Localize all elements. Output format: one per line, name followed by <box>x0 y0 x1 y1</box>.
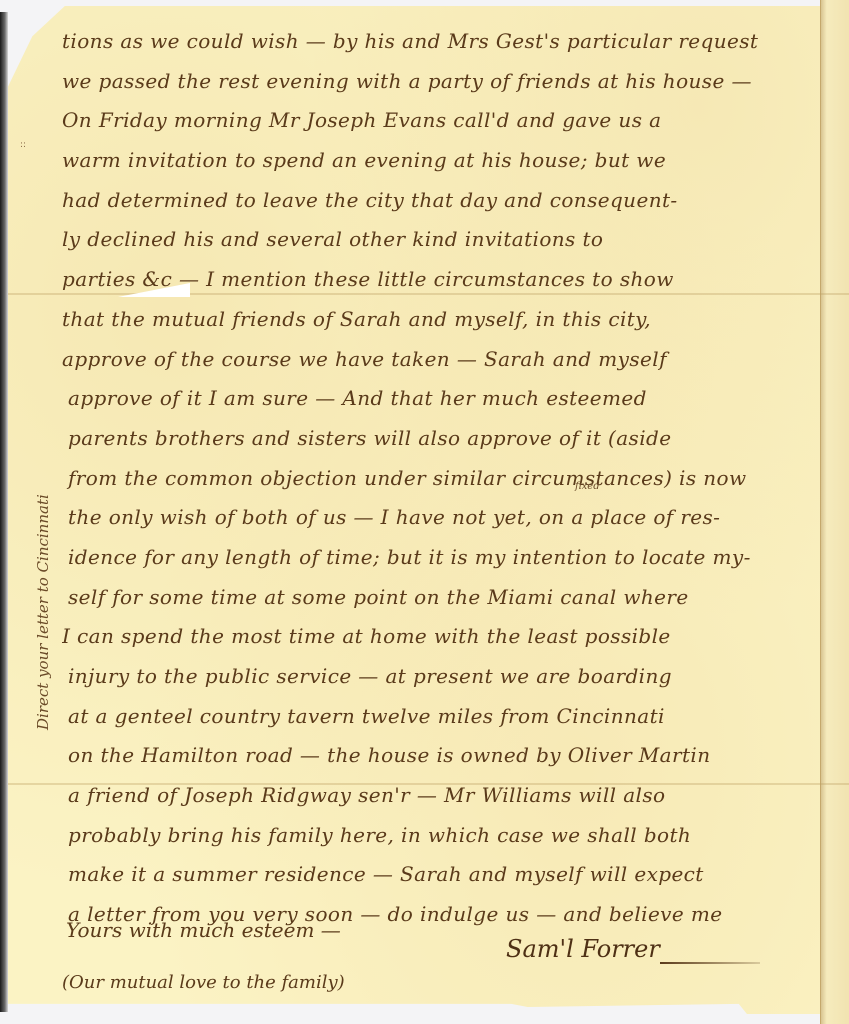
letter-line: from the common objection under similar … <box>62 459 820 499</box>
letter-line: we passed the rest evening with a party … <box>62 62 820 102</box>
letter-line: On Friday morning Mr Joseph Evans call'd… <box>62 101 820 141</box>
letter-line: the only wish of both of us — I have not… <box>62 498 820 538</box>
letter-line: idence for any length of time; but it is… <box>62 538 820 578</box>
signature-flourish <box>660 962 760 964</box>
signature: Sam'l Forrer <box>506 935 660 963</box>
scan-left-edge-shadow <box>0 12 8 1012</box>
letter-line: parties &c — I mention these little circ… <box>62 260 820 300</box>
letter-line: ly declined his and several other kind i… <box>62 220 820 260</box>
letter-line: warm invitation to spend an evening at h… <box>62 141 820 181</box>
letter-line: I can spend the most time at home with t… <box>62 617 820 657</box>
letter-line: approve of the course we have taken — Sa… <box>62 340 820 380</box>
margin-mark: :: <box>20 140 26 150</box>
letter-line: probably bring his family here, in which… <box>62 816 820 856</box>
letter-line: make it a summer residence — Sarah and m… <box>62 855 820 895</box>
margin-note-vertical: Direct your letter to Cincinnati <box>34 494 52 730</box>
letter-line: had determined to leave the city that da… <box>62 181 820 221</box>
letter-line: on the Hamilton road — the house is owne… <box>62 736 820 776</box>
letter-body: tions as we could wish — by his and Mrs … <box>62 22 820 935</box>
letter-line: approve of it I am sure — And that her m… <box>62 379 820 419</box>
interlinear-insertion: fixed <box>575 481 600 492</box>
letter-line: that the mutual friends of Sarah and mys… <box>62 300 820 340</box>
letter-line: tions as we could wish — by his and Mrs … <box>62 22 820 62</box>
adjacent-page-strip <box>820 0 849 1024</box>
letter-line: injury to the public service — at presen… <box>62 657 820 697</box>
letter-line: a friend of Joseph Ridgway sen'r — Mr Wi… <box>62 776 820 816</box>
letter-line: at a genteel country tavern twelve miles… <box>62 697 820 737</box>
letter-closing: Yours with much esteem — <box>66 918 341 942</box>
letter-line: self for some time at some point on the … <box>62 578 820 618</box>
postscript: (Our mutual love to the family) <box>62 972 345 993</box>
letter-line: parents brothers and sisters will also a… <box>62 419 820 459</box>
